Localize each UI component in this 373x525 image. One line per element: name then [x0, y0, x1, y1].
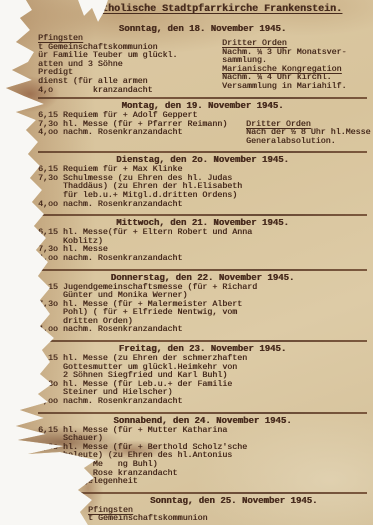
- schedule-line: heleute) (zu Ehren des hl.Antonius: [38, 452, 367, 461]
- schedule-line: 4,oo nachm. Rosenkranzandacht: [38, 255, 367, 264]
- document-title: tholische Stadtpfarrkirche Frankenstein.: [102, 4, 367, 16]
- schedule-line: 4,oo nachm. Rosenkranzandacht: [38, 326, 367, 335]
- schedule-line: 4,oo hm. Rose kranzandacht: [38, 470, 367, 479]
- date-heading: Donnerstag, den 22. November 1945.: [38, 273, 367, 283]
- document-content: tholische Stadtpfarrkirche Frankenstein.…: [0, 0, 373, 524]
- section-columns: 6,15 Requiem für + Max Klinke7,3o Schulm…: [38, 166, 367, 209]
- day-section: Sonnabend, den 24. November 1945.6,15 hl…: [38, 412, 367, 487]
- separator-line: [38, 492, 367, 494]
- schedule-line: Versammlung in Mariahilf.: [222, 83, 368, 92]
- schedule-left-column: Pfingstent Gemeinschaftskommunion: [88, 507, 367, 524]
- day-section: Sonntag, den 25. November 1945.Pfingsten…: [38, 492, 367, 524]
- separator-line: [38, 214, 367, 216]
- section-columns: Pfingstent Gemeinschaftskommunion: [38, 507, 367, 524]
- schedule-line: 4,oo nachm. Rosenkranzandacht: [38, 201, 367, 210]
- schedule-right-column: Dritter OrdenNach der ½ 8 Uhr hl.MesseGe…: [246, 121, 373, 147]
- day-section: Dienstag, den 2o. November 1945.6,15 Req…: [38, 151, 367, 209]
- separator-line: [38, 269, 367, 271]
- schedule-right-column: Dritter OrdenNachm. ¼ 3 Uhr Monatsver-sa…: [222, 40, 368, 92]
- section-columns: 6,15 hl. Messe (für + Mutter Katharina S…: [38, 427, 367, 487]
- date-heading: Freitag, den 23. November 1945.: [38, 344, 367, 354]
- schedule-line: Generalabsolution.: [246, 138, 373, 147]
- schedule-line: 4,oo nachm. Rosenkranzandacht: [38, 398, 367, 407]
- day-section: Sonntag, den 18. November 1945.Pfingsten…: [38, 24, 367, 95]
- section-columns: 6,15 Requiem für + Adolf Geppert7,3o hl.…: [38, 112, 367, 149]
- section-columns: Pfingstent Gemeinschaftskommunionür Fami…: [38, 35, 367, 95]
- day-section: Freitag, den 23. November 1945.6,15 hl. …: [38, 340, 367, 407]
- date-heading: Dienstag, den 2o. November 1945.: [38, 155, 367, 165]
- section-columns: 6,15 hl. Messe (zu Ehren der schmerzhaft…: [38, 355, 367, 407]
- paper-sheet: tholische Stadtpfarrkirche Frankenstein.…: [0, 0, 373, 525]
- date-heading: Montag, den 19. November 1945.: [38, 101, 367, 111]
- section-columns: 6,15 hl. Messe(für + Eltern Robert und A…: [38, 229, 367, 263]
- separator-line: [38, 412, 367, 414]
- scanned-page: tholische Stadtpfarrkirche Frankenstein.…: [0, 0, 373, 525]
- schedule-left-column: 6,15 Jugendgemeinschaftsmesse (für + Ric…: [38, 284, 367, 336]
- schedule-left-column: 6,15 hl. Messe (zu Ehren der schmerzhaft…: [38, 355, 367, 407]
- schedule-left-column: 6,15 hl. Messe(für + Eltern Robert und A…: [38, 229, 367, 263]
- date-heading: Sonntag, den 25. November 1945.: [38, 496, 367, 506]
- date-heading: Sonntag, den 18. November 1945.: [38, 24, 367, 34]
- separator-line: [38, 340, 367, 342]
- schedule-line: t Gemeinschaftskommunion: [88, 515, 367, 524]
- date-heading: Sonnabend, den 24. November 1945.: [38, 416, 367, 426]
- schedule-left-column: 6,15 Requiem für + Max Klinke7,3o Schulm…: [38, 166, 367, 209]
- day-section: Donnerstag, den 22. November 1945.6,15 J…: [38, 269, 367, 336]
- day-section: Mittwoch, den 21. November 1945.6,15 hl.…: [38, 214, 367, 263]
- section-columns: 6,15 Jugendgemeinschaftsmesse (für + Ric…: [38, 284, 367, 336]
- day-section: Montag, den 19. November 1945.6,15 Requi…: [38, 97, 367, 149]
- sections-container: Sonntag, den 18. November 1945.Pfingsten…: [38, 24, 367, 524]
- schedule-line: gelegenheit: [38, 478, 367, 487]
- separator-line: [38, 151, 367, 153]
- date-heading: Mittwoch, den 21. November 1945.: [38, 218, 367, 228]
- separator-line: [38, 97, 367, 99]
- schedule-left-column: 6,15 hl. Messe (für + Mutter Katharina S…: [38, 427, 367, 487]
